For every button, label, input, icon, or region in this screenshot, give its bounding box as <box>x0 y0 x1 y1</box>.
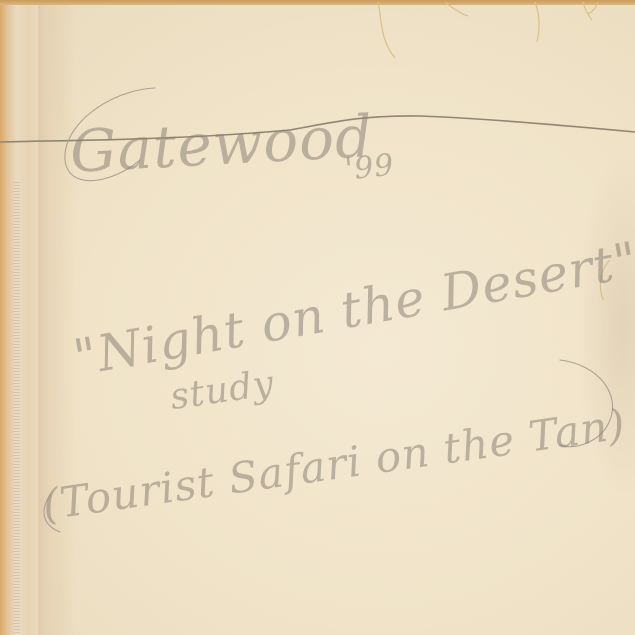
loose-thread <box>535 2 539 42</box>
loose-thread <box>378 2 395 58</box>
closing-parenthesis-stroke <box>560 360 613 447</box>
hanging-wire <box>0 116 635 142</box>
loose-thread <box>445 2 468 16</box>
canvas-markings <box>0 0 635 635</box>
loose-thread <box>600 260 610 300</box>
loose-thread <box>588 2 598 14</box>
loose-thread <box>583 2 592 20</box>
signature-flourish <box>65 88 155 181</box>
opening-parenthesis-stroke <box>44 495 60 532</box>
